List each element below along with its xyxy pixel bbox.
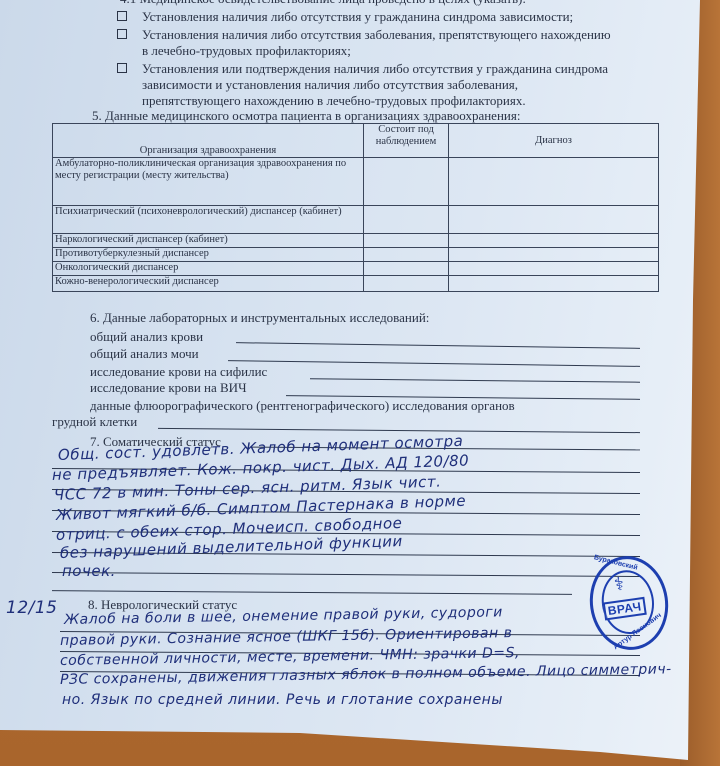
- rule-line: [52, 572, 640, 577]
- header-observed: Состоит под наблюдением: [364, 124, 449, 158]
- purpose-option-3[interactable]: Установления или подтверждения наличия л…: [117, 61, 141, 76]
- header-diagnosis: Диагноз: [449, 124, 659, 158]
- doctor-stamp: Бураковский ⚕ ВРАЧ Артур Леонович: [584, 551, 674, 655]
- checkbox-icon[interactable]: [117, 63, 127, 73]
- field-line-urine[interactable]: [228, 360, 640, 367]
- observed-cell[interactable]: [364, 234, 449, 248]
- header-organization: Организация здравоохранения: [53, 124, 364, 158]
- observed-cell[interactable]: [364, 248, 449, 262]
- somatic-status-line-7: почек.: [62, 562, 116, 580]
- diagnosis-cell[interactable]: [449, 206, 659, 234]
- section5-title: 5. Данные медицинского осмотра пациента …: [92, 108, 520, 123]
- diagnosis-cell[interactable]: [449, 262, 659, 276]
- section6-title: 6. Данные лабораторных и инструментальны…: [90, 310, 429, 325]
- observed-cell[interactable]: [364, 262, 449, 276]
- checkbox-icon[interactable]: [117, 29, 127, 39]
- observed-cell[interactable]: [364, 206, 449, 234]
- purpose-option-3-cont2: препятствующего нахождению в лечебно-тру…: [142, 93, 526, 108]
- observed-cell[interactable]: [364, 158, 449, 206]
- medical-organizations-table: Организация здравоохранения Состоит под …: [52, 123, 659, 292]
- field-line-xray[interactable]: [158, 428, 640, 433]
- diagnosis-cell[interactable]: [449, 158, 659, 206]
- purpose-option-2[interactable]: Установления наличия либо отсутствия заб…: [117, 27, 141, 42]
- section4-heading: 4.1 Медицинское освидетельствование лица…: [120, 0, 526, 6]
- table-row: Психиатрический (психоневрологический) д…: [53, 206, 659, 234]
- neuro-status-line-5: но. Язык по средней линии. Речь и глотан…: [62, 692, 503, 708]
- diagnosis-cell[interactable]: [449, 248, 659, 262]
- diagnosis-cell[interactable]: [449, 276, 659, 292]
- field-label-syphilis: исследование крови на сифилис: [90, 364, 267, 379]
- diagnosis-cell[interactable]: [449, 234, 659, 248]
- observed-cell[interactable]: [364, 276, 449, 292]
- table-row: Онкологический диспансер: [53, 262, 659, 276]
- field-label-xray: данные флюорографического (рентгенографи…: [90, 398, 515, 413]
- table-row: Амбулаторно-поликлиническая организация …: [53, 158, 659, 206]
- margin-note: 12/15: [6, 598, 58, 618]
- field-label-blood: общий анализ крови: [90, 329, 203, 344]
- field-line-syphilis[interactable]: [310, 378, 640, 382]
- rule-line: [52, 590, 572, 595]
- table-row: Наркологический диспансер (кабинет): [53, 234, 659, 248]
- field-label-xray-cont: грудной клетки: [52, 414, 137, 429]
- purpose-option-1[interactable]: Установления наличия либо отсутствия у г…: [117, 9, 141, 24]
- document-page: 4.1 Медицинское освидетельствование лица…: [0, 0, 720, 766]
- field-line-blood[interactable]: [236, 342, 640, 349]
- field-label-urine: общий анализ мочи: [90, 346, 199, 361]
- stamp-name-top: Бураковский: [593, 554, 638, 572]
- checkbox-icon[interactable]: [117, 11, 127, 21]
- table-row: Противотуберкулезный диспансер: [53, 248, 659, 262]
- purpose-option-2-cont: в лечебно-трудовых профилакториях;: [142, 43, 351, 58]
- purpose-option-3-cont1: зависимости и установления наличия либо …: [142, 77, 518, 92]
- table-row: Кожно-венерологический диспансер: [53, 276, 659, 292]
- field-label-hiv: исследование крови на ВИЧ: [90, 380, 247, 395]
